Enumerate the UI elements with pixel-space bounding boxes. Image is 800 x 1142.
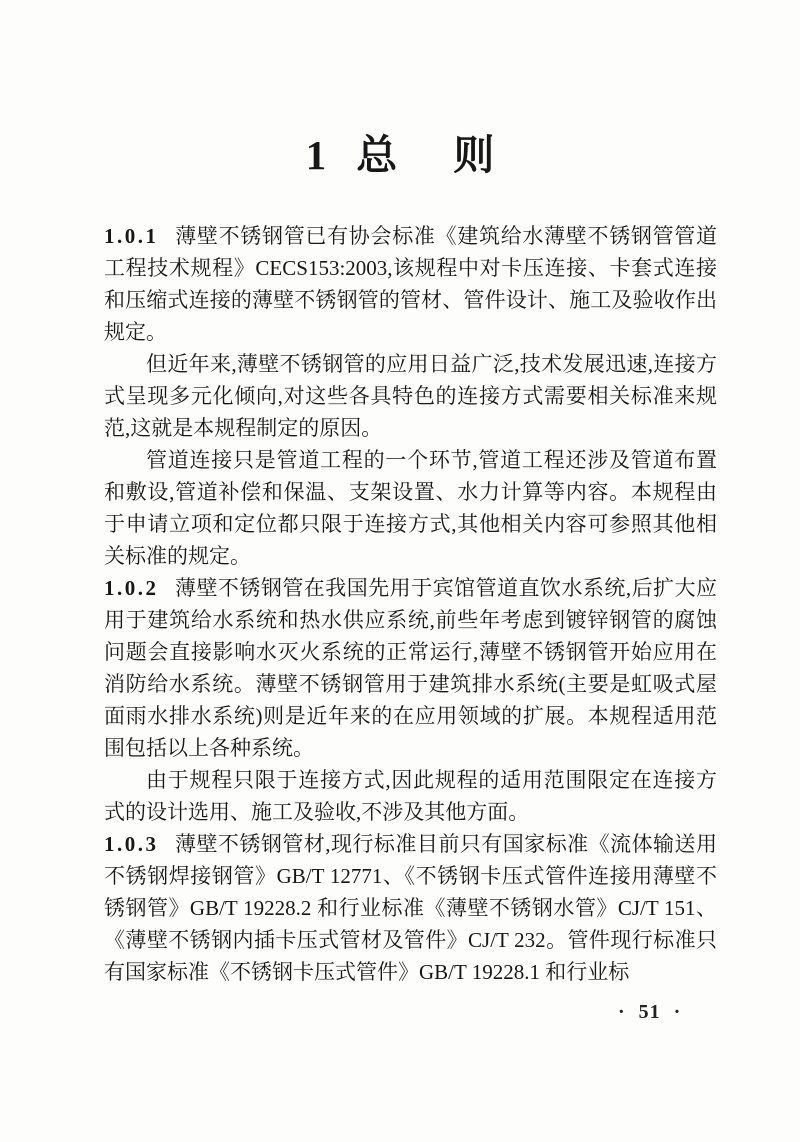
chapter-heading: 1 总 则 <box>0 122 800 181</box>
paragraph-text: 薄壁不锈钢管在我国先用于宾馆管道直饮水系统,后扩大应用于建筑给水系统和热水供应系… <box>104 576 717 760</box>
paragraph-1-0-1-note-1: 但近年来,薄壁不锈钢管的应用日益广泛,技术发展迅速,连接方式呈现多元化倾向,对这… <box>104 348 717 444</box>
paragraph-text: 由于规程只限于连接方式,因此规程的适用范围限定在连接方式的设计选用、施工及验收,… <box>104 768 717 824</box>
paragraph-1-0-3: 1.0.3薄壁不锈钢管材,现行标准目前只有国家标准《流体输送用不锈钢焊接钢管》G… <box>104 828 717 988</box>
paragraph-text: 薄壁不锈钢管材,现行标准目前只有国家标准《流体输送用不锈钢焊接钢管》GB/T 1… <box>104 832 717 984</box>
document-page: 1 总 则 1.0.1薄壁不锈钢管已有协会标准《建筑给水薄壁不锈钢管管道工程技术… <box>0 0 800 1142</box>
paragraph-1-0-1: 1.0.1薄壁不锈钢管已有协会标准《建筑给水薄壁不锈钢管管道工程技术规程》CEC… <box>104 220 717 348</box>
paragraph-text: 管道连接只是管道工程的一个环节,管道工程还涉及管道布置和敷设,管道补偿和保温、支… <box>104 448 717 568</box>
paragraph-1-0-2-note-1: 由于规程只限于连接方式,因此规程的适用范围限定在连接方式的设计选用、施工及验收,… <box>104 764 717 828</box>
chapter-number: 1 <box>306 131 327 179</box>
chapter-title-char-1: 总 <box>356 122 397 181</box>
section-number-1-0-1: 1.0.1 <box>104 224 159 248</box>
section-number-1-0-3: 1.0.3 <box>104 832 159 856</box>
chapter-title-char-2: 则 <box>453 122 494 181</box>
paragraph-1-0-2: 1.0.2薄壁不锈钢管在我国先用于宾馆管道直饮水系统,后扩大应用于建筑给水系统和… <box>104 572 717 764</box>
paragraph-text: 薄壁不锈钢管已有协会标准《建筑给水薄壁不锈钢管管道工程技术规程》CECS153:… <box>104 224 717 344</box>
page-number: · 51 · <box>618 1001 681 1024</box>
paragraph-text: 但近年来,薄壁不锈钢管的应用日益广泛,技术发展迅速,连接方式呈现多元化倾向,对这… <box>104 352 717 440</box>
paragraph-1-0-1-note-2: 管道连接只是管道工程的一个环节,管道工程还涉及管道布置和敷设,管道补偿和保温、支… <box>104 444 717 572</box>
body-text: 1.0.1薄壁不锈钢管已有协会标准《建筑给水薄壁不锈钢管管道工程技术规程》CEC… <box>104 220 717 988</box>
section-number-1-0-2: 1.0.2 <box>104 576 159 600</box>
